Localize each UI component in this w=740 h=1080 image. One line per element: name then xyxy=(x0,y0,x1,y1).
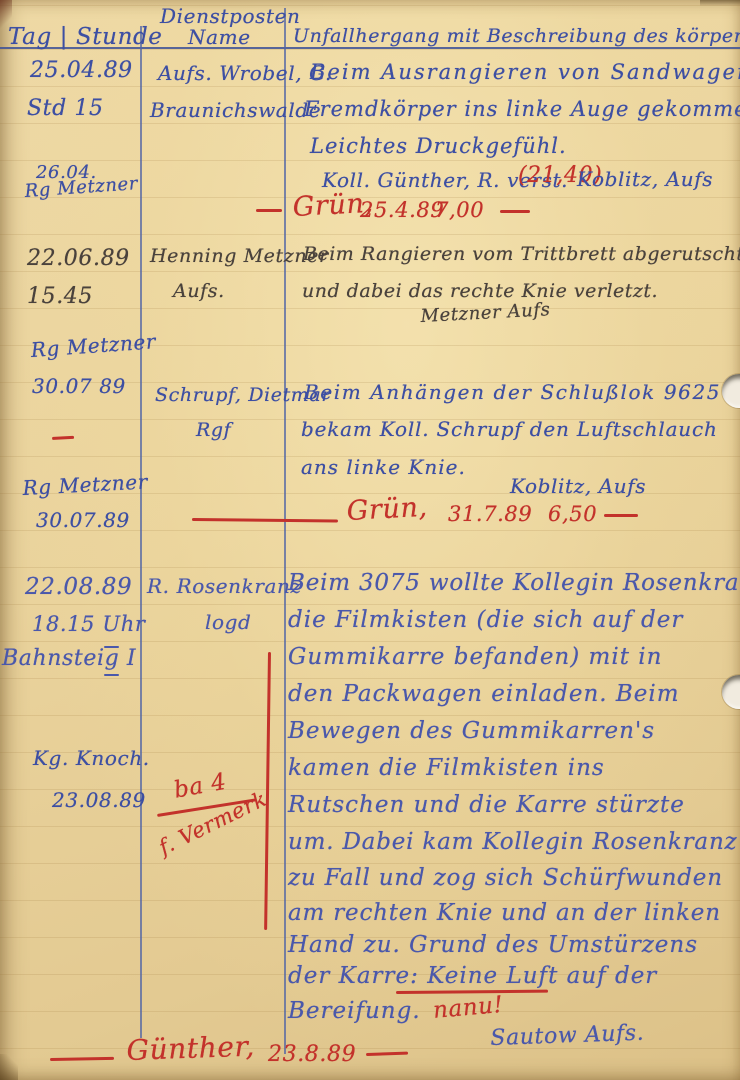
entry3-stamp-date: 31.7.89 xyxy=(448,502,532,526)
entry2-name-line1: Henning Metzner xyxy=(150,245,329,267)
entry4-desc-line10: am rechten Knie und an der linken xyxy=(288,900,721,926)
entry4-desc-line12: der Karre: Keine Luft auf der xyxy=(288,963,657,989)
entry4-desc-line13: Bereifung. xyxy=(288,998,421,1024)
entry3-ack-signature: Rg Metzner xyxy=(22,469,148,500)
entry1-desc-line2: Fremdkörper ins linke Auge gekommen. xyxy=(304,97,740,121)
entry3-stamp-wavy-line xyxy=(192,518,338,522)
entry1-hour: Std 15 xyxy=(27,96,104,121)
entry4-signature: Sautow Aufs. xyxy=(490,1021,645,1051)
entry4-location: Bahnsteig I xyxy=(2,646,136,671)
entry4-desc-line6: kamen die Filmkisten ins xyxy=(288,755,605,781)
entry3-date: 30.07 89 xyxy=(32,374,126,398)
entry3-desc-line3: ans linke Knie. xyxy=(301,455,466,479)
entry1-desc-line1: Beim Ausrangieren von Sandwagen xyxy=(310,60,740,84)
entry3-desc-line2: bekam Koll. Schrupf den Luftschlauch xyxy=(301,417,718,441)
footer-red-dash-right xyxy=(366,1052,408,1056)
entry4-red-note-vermerk: f. Vermerk xyxy=(155,787,271,860)
entry4-desc-line11: Hand zu. Grund des Umstürzens xyxy=(288,932,698,958)
entry4-desc-line7: Rutschen und die Karre stürzte xyxy=(288,792,685,818)
entry4-red-margin-stroke xyxy=(264,652,270,930)
entry4-red-exclamation: nanu! xyxy=(432,992,504,1024)
handwriting-layer: 25.04.89Std 15Aufs. Wrobel, G.Braunichsw… xyxy=(0,0,740,1080)
entry3-margin-red-dash xyxy=(52,436,74,440)
entry4-desc-line5: Bewegen des Gummikarren's xyxy=(288,718,655,744)
entry3-stamp-hours: 6,50 xyxy=(548,502,597,526)
entry4-desc-line2: die Filmkisten (die sich auf der xyxy=(288,607,683,633)
entry3-desc-line1: Beim Anhängen der Schlußlok 9625 xyxy=(304,380,721,404)
entry4-desc-line8: um. Dabei kam Kollegin Rosenkranz xyxy=(288,829,737,855)
entry2-desc-line1: Beim Rangieren vom Trittbrett abgerutsch… xyxy=(303,243,740,265)
entry3-margin-signature: Rg Metzner xyxy=(30,329,157,362)
entry3-stamp-doctor: Grün, xyxy=(346,492,428,527)
entry4-name-line1: R. Rosenkranz xyxy=(147,574,302,598)
entry2-date: 22.06.89 xyxy=(27,246,130,271)
entry4-desc-line1: Beim 3075 wollte Kollegin Rosenkranz xyxy=(288,570,740,596)
entry4-margin-signature: Kg. Knoch. xyxy=(33,746,150,770)
entry3-note-signature: Koblitz, Aufs xyxy=(510,474,646,498)
entry1-name-line2: Braunichswalde xyxy=(150,98,321,122)
entry3-stamp-dash-right xyxy=(604,514,638,517)
entry2-name-line2: Aufs. xyxy=(173,280,225,302)
entry4-name-line2: logd xyxy=(205,610,251,634)
entry1-name-line1: Aufs. Wrobel, G. xyxy=(158,61,332,85)
entry4-keine-luft-underline xyxy=(396,990,548,994)
entry1-stamp-dash-left xyxy=(256,209,282,212)
entry1-desc-line3: Leichtes Druckgefühl. xyxy=(310,134,567,158)
footer-red-signature: Günther, xyxy=(126,1030,255,1067)
footer-red-dash-left xyxy=(50,1057,114,1061)
entry1-date: 25.04.89 xyxy=(30,58,133,83)
scanned-accident-log-page: { "document": { "kind": "handwritten acc… xyxy=(0,0,740,1080)
entry4-desc-line9: zu Fall und zog sich Schürfwunden xyxy=(288,865,723,891)
entry2-hour: 15.45 xyxy=(27,284,93,309)
entry4-location-underline xyxy=(104,674,119,676)
footer-red-date: 23.8.89 xyxy=(268,1042,356,1067)
entry1-stamp-dash-right xyxy=(500,210,530,213)
entry4-hour: 18.15 Uhr xyxy=(32,612,145,636)
entry2-desc-line2: und dabei das rechte Knie verletzt. xyxy=(302,280,658,302)
entry3-name-line2: Rgf xyxy=(196,419,231,441)
entry4-red-note-ba4: ba 4 xyxy=(172,769,228,804)
entry3-ack-date: 30.07.89 xyxy=(36,508,130,532)
entry1-stamp-hours: 7,00 xyxy=(435,198,484,222)
entry4-margin-date: 23.08.89 xyxy=(52,788,146,812)
entry4-desc-line4: den Packwagen einladen. Beim xyxy=(288,681,680,707)
entry4-date: 22.08.89 xyxy=(25,574,132,600)
entry1-stamp-date: 25.4.89 xyxy=(360,198,444,222)
entry4-desc-line3: Gummikarre befanden) mit in xyxy=(288,644,662,670)
entry4-location-overline xyxy=(104,646,119,648)
entry1-note-signature: Koblitz, Aufs xyxy=(577,167,713,191)
entry2-signature: Metzner Aufs xyxy=(420,299,551,327)
